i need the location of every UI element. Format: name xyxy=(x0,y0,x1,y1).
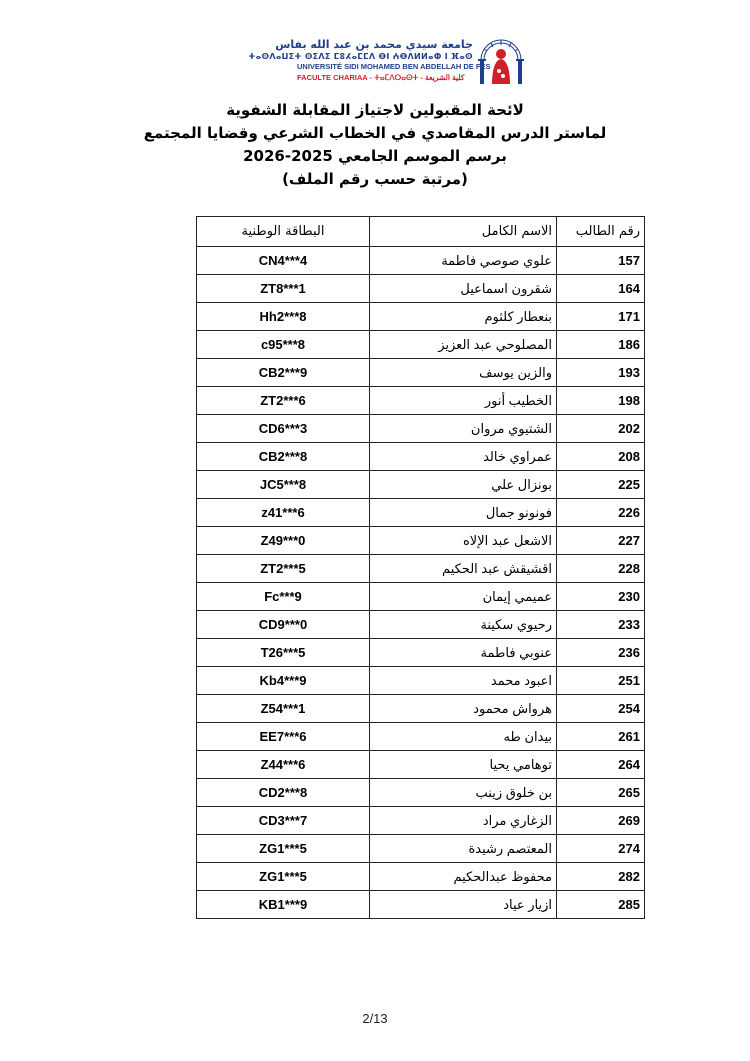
national-id: Z54***1 xyxy=(197,695,370,723)
student-number: 157 xyxy=(557,247,645,275)
logo-text-block: جامعة سيدي محمد بن عبد الله بفاس ⵜⴰⵙⴷⴰⵡⵉ… xyxy=(297,38,473,86)
table-row: 269الزغاري مرادCD3***7 xyxy=(197,807,645,835)
title-line-1: لائحة المقبولين لاجتياز المقابلة الشفوية xyxy=(0,99,750,122)
national-id: Z49***0 xyxy=(197,527,370,555)
national-id: Kb4***9 xyxy=(197,667,370,695)
national-id: EE7***6 xyxy=(197,723,370,751)
national-id: ZT8***1 xyxy=(197,275,370,303)
national-id: CD9***0 xyxy=(197,611,370,639)
student-number: 226 xyxy=(557,499,645,527)
title-line-4: (مرتبة حسب رقم الملف) xyxy=(0,168,750,191)
student-number: 251 xyxy=(557,667,645,695)
student-name: الاشعل عبد الإلاه xyxy=(370,527,557,555)
student-name: هرواش محمود xyxy=(370,695,557,723)
student-number: 254 xyxy=(557,695,645,723)
student-name: فونونو جمال xyxy=(370,499,557,527)
national-id: T26***5 xyxy=(197,639,370,667)
table-row: 233رحيوي سكينةCD9***0 xyxy=(197,611,645,639)
national-id: c95***8 xyxy=(197,331,370,359)
student-number: 164 xyxy=(557,275,645,303)
student-name: الشتيوي مروان xyxy=(370,415,557,443)
logo-tifinagh-name: ⵜⴰⵙⴷⴰⵡⵉⵜ ⵙⵉⴷⵉ ⵎⵓⵃⴰⵎⵎⴷ ⴱⵏ ⵄⴱⴷⵍⵍⴰⵀ ⵏ ⴼⴰⵙ xyxy=(248,53,473,61)
national-id: ZT2***6 xyxy=(197,387,370,415)
student-name: عميمي إيمان xyxy=(370,583,557,611)
national-id: ZG1***5 xyxy=(197,863,370,891)
student-number: 228 xyxy=(557,555,645,583)
table-row: 230عميمي إيمانFc***9 xyxy=(197,583,645,611)
national-id: z41***6 xyxy=(197,499,370,527)
student-name: شقرون اسماعيل xyxy=(370,275,557,303)
table-row: 254هرواش محمودZ54***1 xyxy=(197,695,645,723)
student-number: 285 xyxy=(557,891,645,919)
table-row: 274المعتصم رشيدةZG1***5 xyxy=(197,835,645,863)
student-name: الخطيب أنور xyxy=(370,387,557,415)
table-row: 171بنعطار كلثومHh2***8 xyxy=(197,303,645,331)
column-header-national-id: البطاقة الوطنية xyxy=(197,217,370,247)
student-number: 171 xyxy=(557,303,645,331)
student-name: بيدان طه xyxy=(370,723,557,751)
table-row: 285ازيار عيادKB1***9 xyxy=(197,891,645,919)
admitted-students-table: رقم الطالب الاسم الكامل البطاقة الوطنية … xyxy=(196,216,645,919)
university-logo: جامعة سيدي محمد بن عبد الله بفاس ⵜⴰⵙⴷⴰⵡⵉ… xyxy=(297,38,529,86)
national-id: KB1***9 xyxy=(197,891,370,919)
student-number: 198 xyxy=(557,387,645,415)
student-name: بنعطار كلثوم xyxy=(370,303,557,331)
student-number: 225 xyxy=(557,471,645,499)
logo-french-name: UNIVERSITÉ SIDI MOHAMED BEN ABDELLAH DE … xyxy=(297,63,490,71)
student-number: 227 xyxy=(557,527,645,555)
national-id: Hh2***8 xyxy=(197,303,370,331)
national-id: CB2***8 xyxy=(197,443,370,471)
column-header-full-name: الاسم الكامل xyxy=(370,217,557,247)
table-row: 157علوي صوصي فاطمةCN4***4 xyxy=(197,247,645,275)
student-number: 230 xyxy=(557,583,645,611)
student-number: 208 xyxy=(557,443,645,471)
table-row: 208عمراوي خالدCB2***8 xyxy=(197,443,645,471)
student-number: 269 xyxy=(557,807,645,835)
student-name: والزين يوسف xyxy=(370,359,557,387)
national-id: Fc***9 xyxy=(197,583,370,611)
student-name: علوي صوصي فاطمة xyxy=(370,247,557,275)
title-line-3: برسم الموسم الجامعي 2025-2026 xyxy=(0,145,750,168)
student-number: 282 xyxy=(557,863,645,891)
national-id: CB2***9 xyxy=(197,359,370,387)
table-row: 228اقشيقش عبد الحكيمZT2***5 xyxy=(197,555,645,583)
national-id: CD3***7 xyxy=(197,807,370,835)
table-row: 202الشتيوي مروانCD6***3 xyxy=(197,415,645,443)
document-title-block: لائحة المقبولين لاجتياز المقابلة الشفوية… xyxy=(0,99,750,191)
national-id: ZT2***5 xyxy=(197,555,370,583)
table-row: 225بونزال عليJC5***8 xyxy=(197,471,645,499)
student-name: بن خلوق زينب xyxy=(370,779,557,807)
page-indicator: 2/13 xyxy=(0,1011,750,1026)
student-number: 261 xyxy=(557,723,645,751)
national-id: Z44***6 xyxy=(197,751,370,779)
student-name: اعبود محمد xyxy=(370,667,557,695)
national-id: CN4***4 xyxy=(197,247,370,275)
student-number: 202 xyxy=(557,415,645,443)
national-id: ZG1***5 xyxy=(197,835,370,863)
student-name: الزغاري مراد xyxy=(370,807,557,835)
column-header-student-number: رقم الطالب xyxy=(557,217,645,247)
student-name: المعتصم رشيدة xyxy=(370,835,557,863)
table-row: 227الاشعل عبد الإلاهZ49***0 xyxy=(197,527,645,555)
student-number: 265 xyxy=(557,779,645,807)
student-number: 274 xyxy=(557,835,645,863)
table-row: 265بن خلوق زينبCD2***8 xyxy=(197,779,645,807)
student-name: توهامي يحيا xyxy=(370,751,557,779)
table-row: 193والزين يوسفCB2***9 xyxy=(197,359,645,387)
table-row: 282محفوظ عبدالحكيمZG1***5 xyxy=(197,863,645,891)
logo-arabic-name: جامعة سيدي محمد بن عبد الله بفاس xyxy=(275,39,473,50)
student-number: 233 xyxy=(557,611,645,639)
table-row: 251اعبود محمدKb4***9 xyxy=(197,667,645,695)
national-id: CD6***3 xyxy=(197,415,370,443)
student-name: عنوبي فاطمة xyxy=(370,639,557,667)
student-name: عمراوي خالد xyxy=(370,443,557,471)
student-name: بونزال علي xyxy=(370,471,557,499)
student-name: رحيوي سكينة xyxy=(370,611,557,639)
student-name: المصلوحي عبد العزيز xyxy=(370,331,557,359)
student-name: ازيار عياد xyxy=(370,891,557,919)
title-line-2: لماستر الدرس المقاصدي في الخطاب الشرعي و… xyxy=(0,122,750,145)
national-id: CD2***8 xyxy=(197,779,370,807)
student-number: 193 xyxy=(557,359,645,387)
table-header-row: رقم الطالب الاسم الكامل البطاقة الوطنية xyxy=(197,217,645,247)
table-row: 226فونونو جمالz41***6 xyxy=(197,499,645,527)
student-name: محفوظ عبدالحكيم xyxy=(370,863,557,891)
table-row: 236عنوبي فاطمةT26***5 xyxy=(197,639,645,667)
table-row: 261بيدان طهEE7***6 xyxy=(197,723,645,751)
university-emblem-icon xyxy=(475,38,527,86)
table-row: 164شقرون اسماعيلZT8***1 xyxy=(197,275,645,303)
student-name: اقشيقش عبد الحكيم xyxy=(370,555,557,583)
table-row: 264توهامي يحياZ44***6 xyxy=(197,751,645,779)
student-number: 264 xyxy=(557,751,645,779)
table-row: 186المصلوحي عبد العزيزc95***8 xyxy=(197,331,645,359)
logo-faculty-name: FACULTE CHARIAA - ⵜⴰⵎⴷⵔⴰⵙⵜ - كلية الشريع… xyxy=(297,74,464,82)
national-id: JC5***8 xyxy=(197,471,370,499)
student-number: 186 xyxy=(557,331,645,359)
student-number: 236 xyxy=(557,639,645,667)
table-row: 198الخطيب أنورZT2***6 xyxy=(197,387,645,415)
